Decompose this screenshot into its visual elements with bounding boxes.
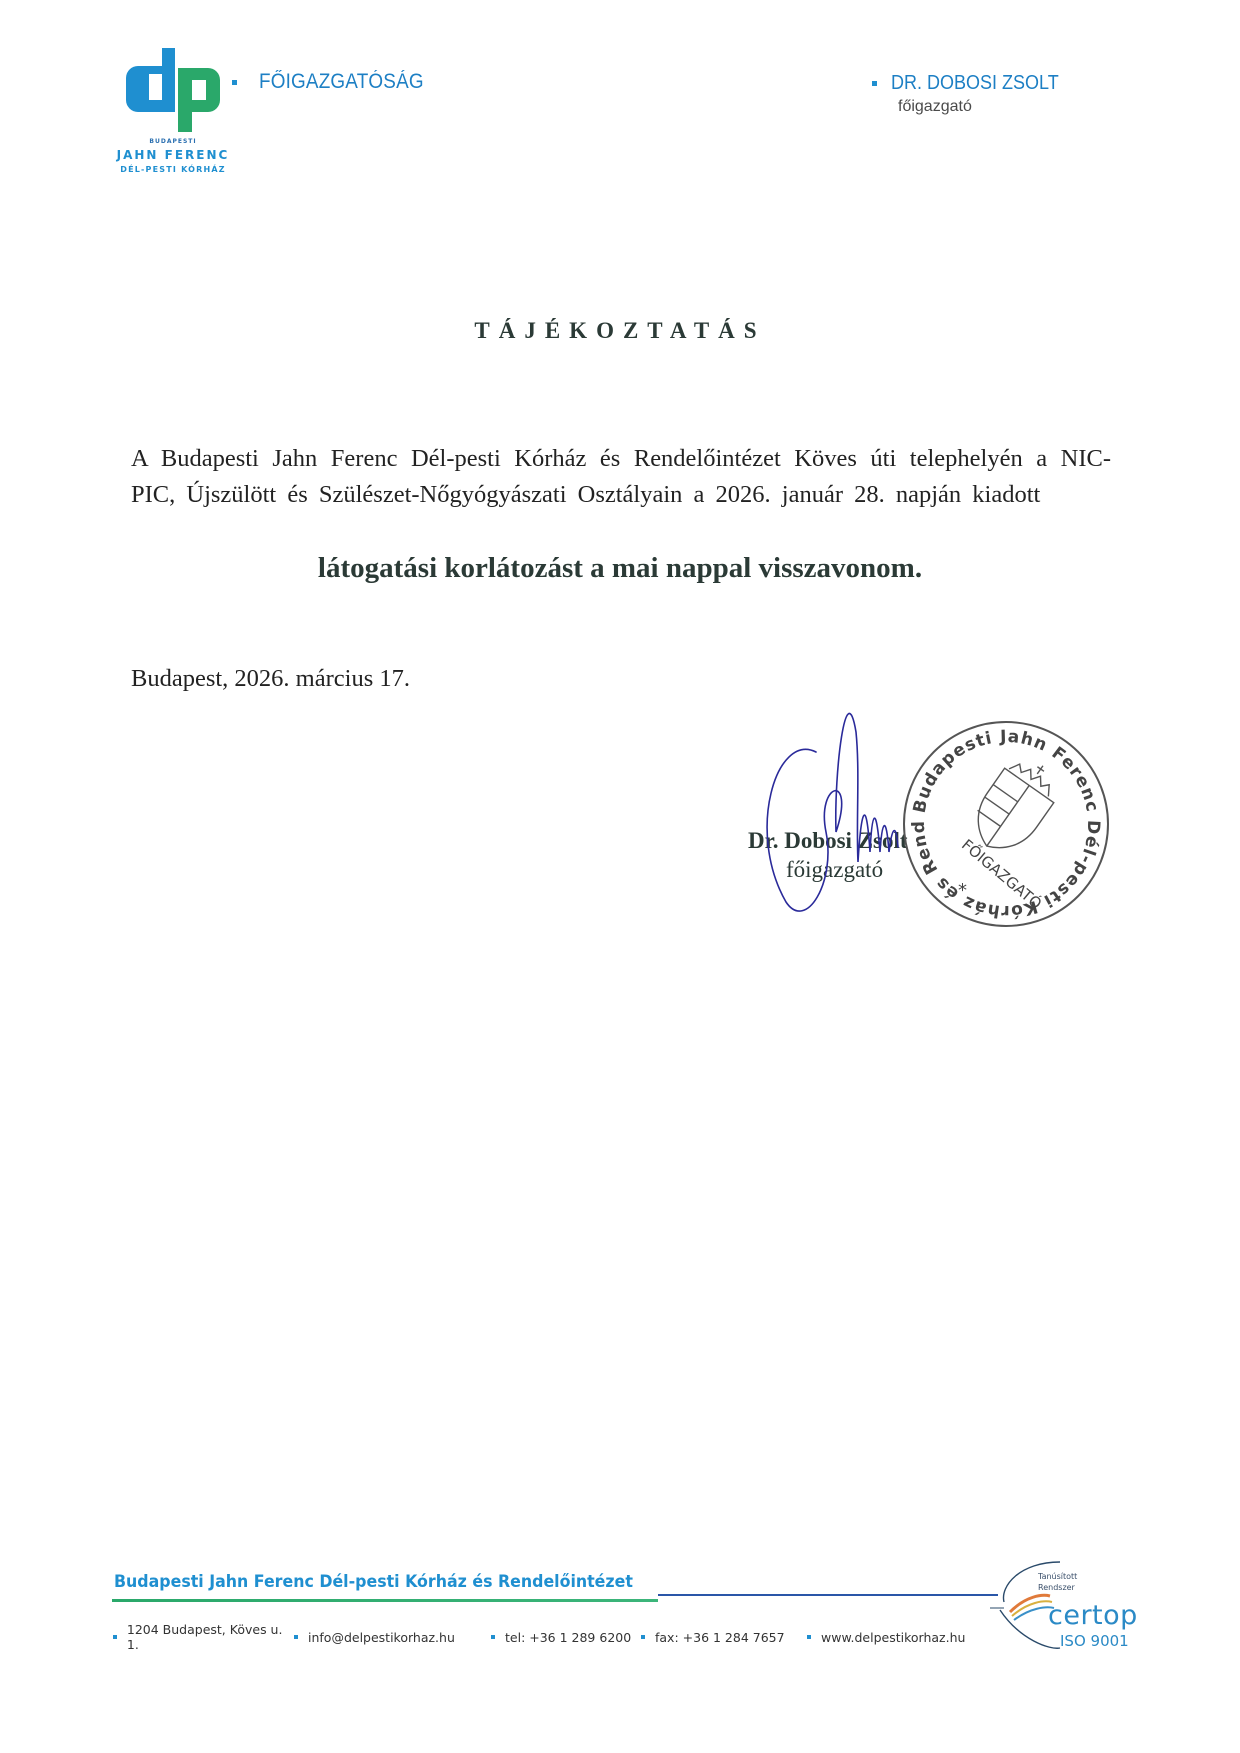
bullet-icon bbox=[232, 80, 237, 85]
contact-phone: tel: +36 1 289 6200 bbox=[491, 1630, 641, 1645]
contact-address: 1204 Budapest, Köves u. 1. bbox=[113, 1622, 294, 1652]
cert-line1: Tanúsított bbox=[1038, 1572, 1077, 1581]
svg-text:*: * bbox=[958, 880, 967, 901]
official-stamp-icon: Budapesti Jahn Ferenc Dél-pesti Kórház é… bbox=[900, 718, 1112, 930]
document-page: BUDAPESTI JAHN FERENC DÉL-PESTI KÓRHÁZ F… bbox=[0, 0, 1240, 1753]
svg-text:Budapesti Jahn Ferenc Dél-pest: Budapesti Jahn Ferenc Dél-pesti Kórház é… bbox=[900, 718, 1103, 921]
date-line: Budapest, 2026. március 17. bbox=[131, 665, 410, 693]
bullet-icon bbox=[807, 1635, 811, 1639]
contact-fax: fax: +36 1 284 7657 bbox=[641, 1630, 807, 1645]
logo-text-budapesti: BUDAPESTI bbox=[118, 138, 228, 145]
bullet-icon bbox=[113, 1635, 117, 1639]
department-title: FŐIGAZGATÓSÁG bbox=[259, 70, 424, 94]
cert-standard: ISO 9001 bbox=[1060, 1632, 1129, 1650]
contact-website[interactable]: www.delpestikorhaz.hu bbox=[807, 1630, 965, 1645]
bullet-icon bbox=[641, 1635, 645, 1639]
emphasis-statement: látogatási korlátozást a mai nappal viss… bbox=[0, 552, 1240, 585]
logo-text-del-pesti-korhaz: DÉL-PESTI KÓRHÁZ bbox=[104, 165, 242, 174]
footer-divider bbox=[112, 1599, 658, 1602]
header-department: FŐIGAZGATÓSÁG bbox=[232, 70, 442, 94]
paragraph-line: A Budapesti Jahn Ferenc Dél-pesti Kórház… bbox=[131, 441, 1111, 477]
author-name: DR. DOBOSI ZSOLT bbox=[891, 72, 1059, 95]
footer-divider bbox=[658, 1594, 998, 1596]
footer-organization-name: Budapesti Jahn Ferenc Dél-pesti Kórház é… bbox=[114, 1572, 633, 1592]
paragraph-line: PIC, Újszülött és Szülészet-Nőgyógyászat… bbox=[131, 477, 1111, 513]
document-title: TÁJÉKOZTATÁS bbox=[0, 318, 1240, 344]
cert-line2: Rendszer bbox=[1038, 1583, 1075, 1592]
body-paragraph: A Budapesti Jahn Ferenc Dél-pesti Kórház… bbox=[131, 441, 1111, 513]
bullet-icon bbox=[294, 1635, 298, 1639]
dp-hospital-logo-icon bbox=[118, 44, 228, 134]
contact-email[interactable]: info@delpestikorhaz.hu bbox=[294, 1630, 491, 1645]
bullet-icon bbox=[491, 1635, 495, 1639]
cert-brand: certop bbox=[1048, 1600, 1138, 1631]
footer-contacts: 1204 Budapest, Köves u. 1. info@delpesti… bbox=[113, 1622, 965, 1652]
author-title: főigazgató bbox=[898, 98, 1077, 116]
header-author: DR. DOBOSI ZSOLT főigazgató bbox=[872, 72, 1077, 116]
hospital-logo: BUDAPESTI JAHN FERENC DÉL-PESTI KÓRHÁZ bbox=[118, 44, 228, 184]
bullet-icon bbox=[872, 81, 877, 86]
logo-text-jahn-ferenc: JAHN FERENC bbox=[104, 148, 242, 162]
certop-iso-badge: Tanúsított Rendszer certop ISO 9001 bbox=[990, 1556, 1150, 1656]
